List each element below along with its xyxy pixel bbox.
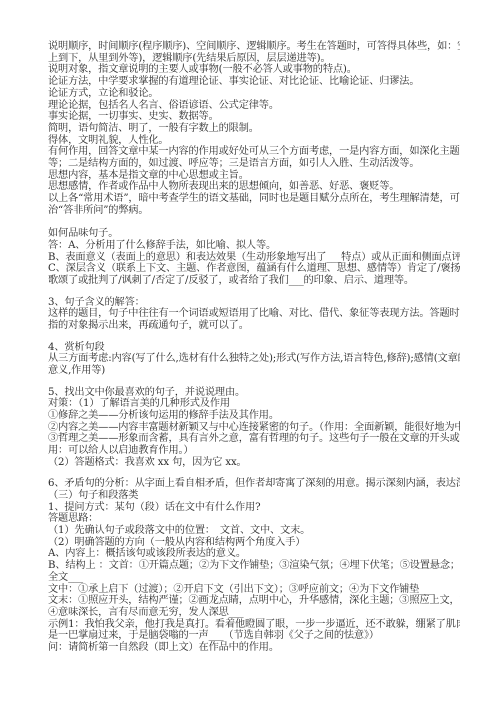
document-line: 问：请简析第一自然段（即上文）在作品中的作用。 [48,641,460,654]
document-line: 意义,作用等) [48,364,460,377]
document-line: （2）答题格式：我喜欢 xx 句，因为它 xx。 [48,456,460,469]
document-line: 治“答非所问”的弊病。 [48,204,460,217]
document-line: 歌颂了或批判了/讽刺了/否定了/反驳了，或者给了我们___的印象、启示、道理等。 [48,274,460,287]
document-line: 指的对象揭示出来，再疏通句子，就可以了。 [48,319,460,332]
document-page: 说明顺序，时间顺序(程序顺序)、空间顺序、逻辑顺序。考生在答题时，可答得具体些，… [0,0,500,707]
